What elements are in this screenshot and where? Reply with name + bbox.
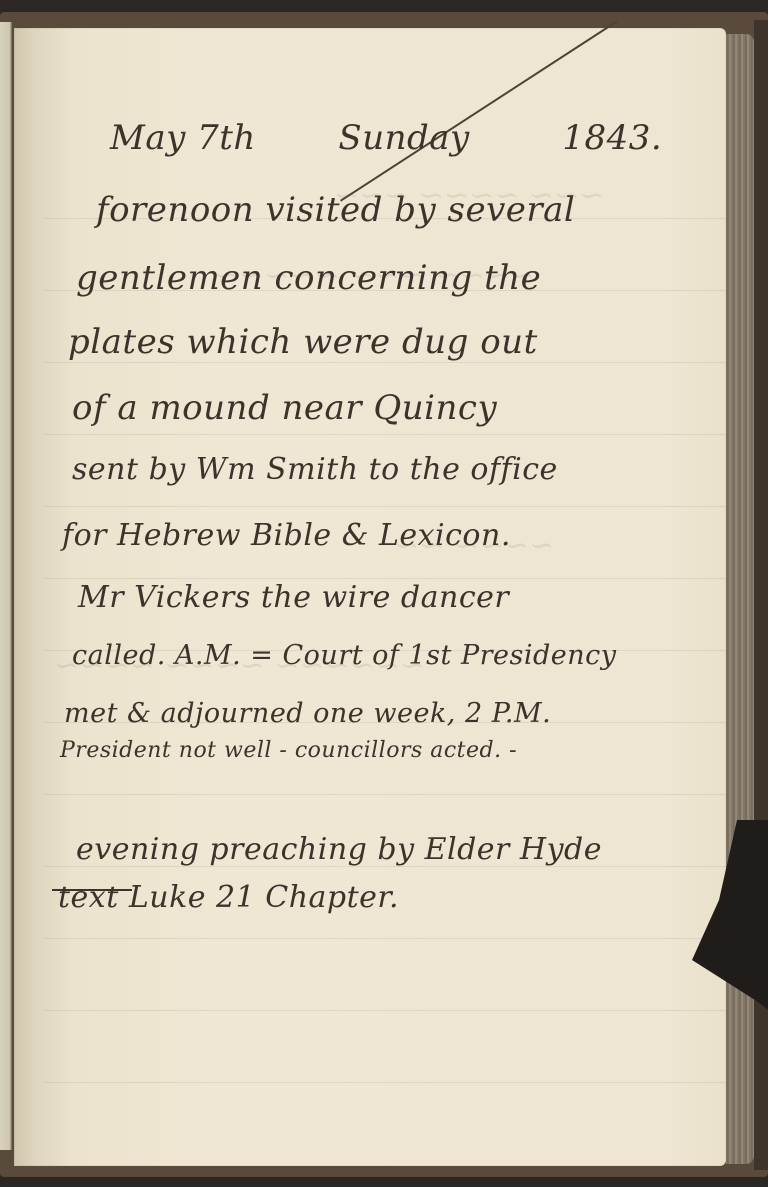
entry-line-6: for Hebrew Bible & Lexicon. — [62, 518, 511, 553]
entry-line-7: Mr Vickers the wire dancer — [78, 580, 509, 615]
entry-line-3: plates which were dug out — [68, 322, 538, 362]
ruled-line — [44, 506, 734, 507]
ruled-line — [44, 434, 734, 435]
entry-date-line: May 7th Sunday 1843. — [110, 118, 662, 158]
entry-year: 1843. — [562, 118, 662, 158]
entry-line-12: text Luke 21 Chapter. — [58, 880, 399, 915]
entry-month-day: May 7th — [110, 118, 256, 158]
entry-weekday: Sunday — [338, 118, 469, 158]
ruled-line — [44, 938, 734, 939]
ruled-line — [44, 578, 734, 579]
entry-line-5: sent by Wm Smith to the office — [72, 452, 558, 487]
left-page-edge — [0, 22, 12, 1150]
ruled-line — [44, 794, 734, 795]
entry-line-10: President not well - councillors acted. … — [60, 738, 517, 763]
ruled-line — [44, 1082, 734, 1083]
ruled-line — [44, 362, 734, 363]
ink-underline-stroke — [52, 889, 132, 891]
ruled-line — [44, 1010, 734, 1011]
entry-line-2: gentlemen concerning the — [76, 258, 541, 298]
entry-line-1: forenoon visited by several — [96, 190, 575, 230]
entry-line-4: of a mound near Quincy — [72, 388, 497, 428]
entry-line-9: met & adjourned one week, 2 P.M. — [64, 698, 551, 729]
entry-line-11: evening preaching by Elder Hyde — [76, 832, 602, 867]
entry-line-8: called. A.M. = Court of 1st Presidency — [72, 640, 617, 671]
